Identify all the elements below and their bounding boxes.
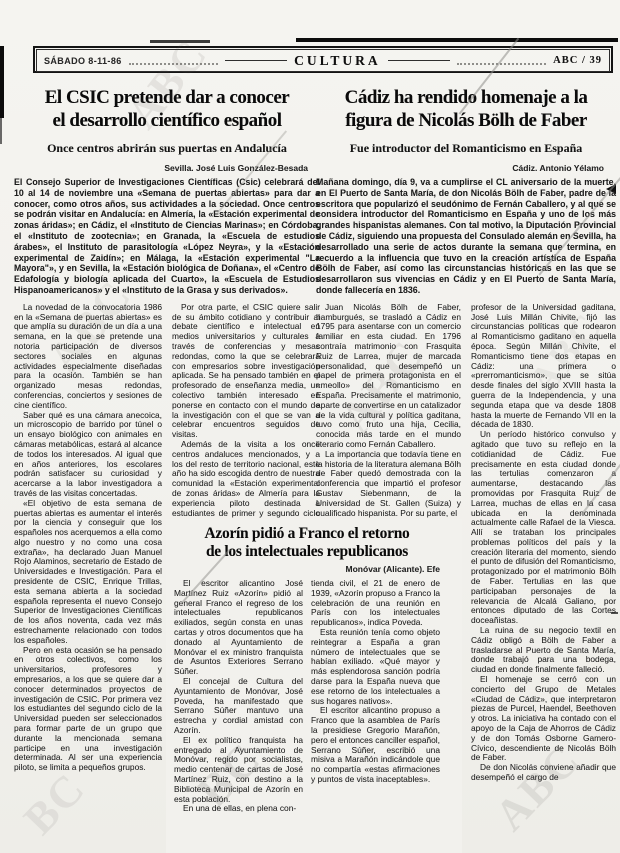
csic-headline: El CSIC pretende dar a conocer el desarr… [14, 86, 320, 132]
cadiz-byline: Cádiz. Antonio Yélamo [316, 163, 616, 173]
scan-edge-top [296, 38, 618, 42]
header-rule-left [225, 60, 287, 61]
scan-edge-top-small [150, 40, 210, 43]
header-section-title: CULTURA [294, 53, 381, 69]
header-leader-dots-right [457, 56, 547, 65]
paragraph: Juan Nicolás Bölh de Faber, hamburgués, … [316, 303, 461, 450]
header-page-brand: ABC / 39 [553, 55, 602, 66]
paragraph: El concejal de Cultura del Ayuntamiento … [174, 677, 303, 736]
watermark-bc: BC [14, 762, 96, 844]
page-header: SÁBADO 8-11-86 CULTURA ABC / 39 [33, 46, 613, 73]
paragraph: Pero en esta ocasión se ha pensado en ot… [14, 646, 162, 773]
paragraph: De don Nicolás conviene añadir que desem… [471, 763, 616, 783]
newspaper-page: SÁBADO 8-11-86 CULTURA ABC / 39 El CSIC … [0, 0, 620, 853]
azorin-dateline: Monóvar (Alicante). Efe [174, 564, 440, 574]
paragraph: La novedad de la convocatoria 1986 en la… [14, 303, 162, 411]
page-header-inner: SÁBADO 8-11-86 CULTURA ABC / 39 [36, 49, 610, 72]
paragraph: Esta reunión tenía como objeto reintegra… [311, 628, 440, 706]
cadiz-subhead: Fue introductor del Romanticismo en Espa… [316, 141, 616, 156]
cadiz-lede: Mañana domingo, día 9, va a cumplirse el… [316, 177, 616, 296]
paragraph: La ruina de su negocio textil en Cádiz o… [471, 626, 616, 675]
article-azorin: Azorín pidió a Franco el retorno de los … [166, 519, 462, 853]
csic-byline: Sevilla. José Luis González-Besada [14, 163, 320, 173]
header-date: SÁBADO 8-11-86 [44, 56, 122, 66]
azorin-column-2: tienda civil, el 21 de enero de 1939, «A… [311, 579, 440, 814]
azorin-columns: El escritor alicantino José Martínez Rui… [174, 579, 440, 814]
azorin-column-1: El escritor alicantino José Martínez Rui… [174, 579, 303, 814]
csic-column-1: La novedad de la convocatoria 1986 en la… [14, 303, 162, 773]
paragraph: Además de la visita a los once centros a… [172, 440, 320, 528]
header-rule-right [388, 60, 450, 61]
cadiz-column-2: profesor de la Universidad gaditana, Jos… [471, 303, 616, 783]
cadiz-headline: Cádiz ha rendido homenaje a la figura de… [316, 86, 616, 132]
paragraph: La importancia que todavía tiene en la h… [316, 450, 461, 519]
scan-edge-left [0, 46, 4, 118]
paragraph: tienda civil, el 21 de enero de 1939, «A… [311, 579, 440, 628]
paragraph: El escritor alicantino propuso a Franco … [311, 706, 440, 784]
paragraph: En una de ellas, en plena con- [174, 804, 303, 814]
csic-lede: El Consejo Superior de Investigaciones C… [14, 177, 320, 296]
paragraph: El ex político franquista ha entregado a… [174, 736, 303, 805]
header-leader-dots-left [129, 56, 219, 65]
paragraph: Un período histórico convulso y agitado … [471, 430, 616, 626]
paragraph: Saber qué es una cámara anecoica, un mic… [14, 411, 162, 499]
paragraph: Por otra parte, el CSIC quiere salir de … [172, 303, 320, 440]
azorin-headline: Azorín pidió a Franco el retorno de los … [174, 525, 440, 561]
paragraph: profesor de la Universidad gaditana, Jos… [471, 303, 616, 430]
scan-edge-left-small [0, 118, 2, 144]
csic-subhead: Once centros abrirán sus puertas en Anda… [14, 141, 320, 156]
paragraph: El homenaje se cerró con un concierto de… [471, 675, 616, 763]
paragraph: El escritor alicantino José Martínez Rui… [174, 579, 303, 677]
paragraph: «El objetivo de esta semana de puertas a… [14, 499, 162, 646]
